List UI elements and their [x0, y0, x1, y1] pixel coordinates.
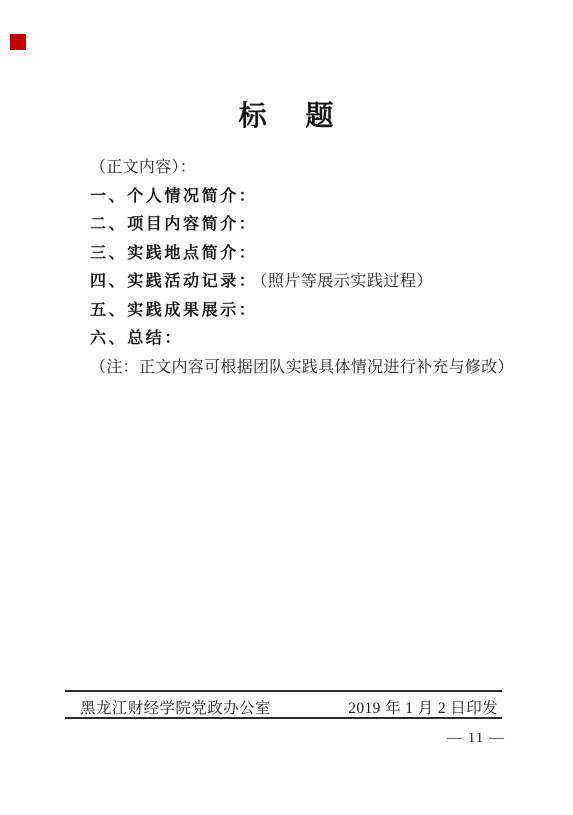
list-item-label: 五、实践成果展示： — [90, 302, 257, 319]
list-item-label: 六、总结： — [90, 330, 183, 347]
footer-rule-bottom — [65, 717, 502, 719]
list-item-label: 二、项目内容简介： — [90, 216, 257, 233]
list-item: 三、实践地点简介： — [90, 240, 523, 269]
document-body: （正文内容）： 一、个人情况简介： 二、项目内容简介： 三、实践地点简介： 四、… — [90, 154, 523, 382]
footer-rule-top — [65, 690, 502, 692]
list-item: 六、总结： — [90, 325, 523, 354]
list-item-label: 四、实践活动记录： — [90, 273, 257, 290]
footer-date: 2019 年 1 月 2 日印发 — [348, 696, 498, 718]
list-item-label: 一、个人情况简介： — [90, 188, 257, 205]
list-item: 四、实践活动记录：（照片等展示实践过程） — [90, 268, 523, 297]
list-item: 一、个人情况简介： — [90, 183, 523, 212]
red-marker — [10, 34, 26, 50]
page-title: 标 题 — [0, 99, 573, 133]
list-item: 二、项目内容简介： — [90, 211, 523, 240]
list-item-label: 三、实践地点简介： — [90, 245, 257, 262]
body-note: （注：正文内容可根据团队实践具体情况进行补充与修改） — [90, 354, 523, 383]
list-item-suffix: （照片等展示实践过程） — [259, 273, 433, 290]
page-number: — 11 — — [447, 730, 505, 747]
footer-issuer: 黑龙江财经学院党政办公室 — [80, 696, 271, 718]
footer-row: 黑龙江财经学院党政办公室 2019 年 1 月 2 日印发 — [80, 697, 498, 717]
list-item: 五、实践成果展示： — [90, 297, 523, 326]
document-page: 标 题 （正文内容）： 一、个人情况简介： 二、项目内容简介： 三、实践地点简介… — [0, 0, 573, 815]
body-intro: （正文内容）： — [90, 154, 523, 183]
